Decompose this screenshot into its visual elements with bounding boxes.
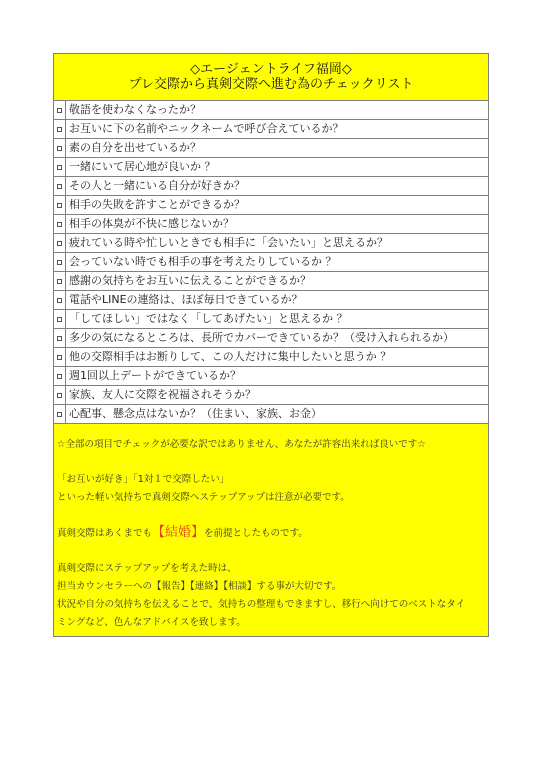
agency-title: ◇エージェントライフ福岡◇ <box>190 62 352 77</box>
checkbox[interactable] <box>54 215 66 233</box>
checklist-item: 敬語を使わなくなったか？ <box>54 101 488 120</box>
checklist-item: 他の交際相手はお断りして、この人だけに集中したいと思うか ？ <box>54 348 488 367</box>
checkbox[interactable] <box>54 405 66 423</box>
marriage-emphasis: 【結婚】 <box>152 525 204 540</box>
checklist-item-label: 疲れている時や忙しいときでも相手に「会いたい」と思えるか？ <box>66 234 388 252</box>
checklist-item-label: 電話やLINEの連絡は、ほぼ毎日できているか？ <box>66 291 303 309</box>
checklist-item-label: 相手の体臭が不快に感じないか？ <box>66 215 234 233</box>
checklist-item: 週1回以上デートができているか？ <box>54 367 488 386</box>
checkbox-square-icon <box>57 184 62 189</box>
checkbox[interactable] <box>54 158 66 176</box>
checkbox-square-icon <box>57 355 62 360</box>
checklist-item: 家族、友人に交際を祝福されそうか？ <box>54 386 488 405</box>
checkbox[interactable] <box>54 177 66 195</box>
checkbox[interactable] <box>54 196 66 214</box>
checkbox-square-icon <box>57 146 62 151</box>
checkbox[interactable] <box>54 310 66 328</box>
checkbox[interactable] <box>54 386 66 404</box>
checklist-item-label: 週1回以上デートができているか？ <box>66 367 241 385</box>
checkbox[interactable] <box>54 139 66 157</box>
checkbox-square-icon <box>57 317 62 322</box>
checklist-item-label: 感謝の気持ちをお互いに伝えることができるか？ <box>66 272 311 290</box>
checkbox[interactable] <box>54 291 66 309</box>
checkbox-square-icon <box>57 222 62 227</box>
checklist-item: 相手の失敗を許すことができるか？ <box>54 196 488 215</box>
checkbox-square-icon <box>57 374 62 379</box>
checklist: 敬語を使わなくなったか？お互いに下の名前やニックネームで呼び合えているか？素の自… <box>54 101 488 424</box>
note-advice-2: ミングなど、色んなアドバイスを致します。 <box>57 614 485 632</box>
checklist-item-label: 家族、友人に交際を祝福されそうか？ <box>66 386 256 404</box>
checklist-item: 素の自分を出せているか？ <box>54 139 488 158</box>
checklist-item-label: 心配事、懸念点はないか？（住まい、家族、お金） <box>66 405 322 423</box>
checkbox[interactable] <box>54 329 66 347</box>
checkbox[interactable] <box>54 348 66 366</box>
checkbox-square-icon <box>57 203 62 208</box>
checklist-item: 疲れている時や忙しいときでも相手に「会いたい」と思えるか？ <box>54 234 488 253</box>
page-title: プレ交際から真剣交際へ進む為のチェックリスト <box>129 77 414 92</box>
checkbox-square-icon <box>57 165 62 170</box>
checklist-item-label: 相手の失敗を許すことができるか？ <box>66 196 245 214</box>
checkbox[interactable] <box>54 272 66 290</box>
checklist-item-label: 「してほしい」ではなく「してあげたい」と思えるか ？ <box>66 310 348 328</box>
checkbox-square-icon <box>57 241 62 246</box>
checklist-item: 多少の気になるところは、長所でカバーできているか？（受け入れられるか） <box>54 329 488 348</box>
note-marriage-post: を前提としたものです。 <box>204 528 308 539</box>
checklist-item-label: 会っていない時でも相手の事を考えたりしているか ？ <box>66 253 337 271</box>
checklist-item: 「してほしい」ではなく「してあげたい」と思えるか ？ <box>54 310 488 329</box>
checklist-item-label: 他の交際相手はお断りして、この人だけに集中したいと思うか ？ <box>66 348 391 366</box>
checklist-sheet: ◇エージェントライフ福岡◇ プレ交際から真剣交際へ進む為のチェックリスト 敬語を… <box>53 53 489 637</box>
checklist-item: その人と一緒にいる自分が好きか？ <box>54 177 488 196</box>
checkbox[interactable] <box>54 253 66 271</box>
note-caution: といった軽い気持ちで真剣交際へステップアップは注意が必要です。 <box>57 489 485 507</box>
checklist-item-label: 素の自分を出せているか？ <box>66 139 201 157</box>
checklist-item: 電話やLINEの連絡は、ほぼ毎日できているか？ <box>54 291 488 310</box>
checkbox[interactable] <box>54 120 66 138</box>
note-disclaimer: ☆全部の項目でチェックが必要な訳ではありません、あなたが許容出来れば良いです☆ <box>57 436 485 454</box>
note-quote: 「お互いが好き」「1対１で交際したい」 <box>57 471 485 489</box>
checkbox-square-icon <box>57 336 62 341</box>
note-marriage-pre: 真剣交際はあくまでも <box>57 528 152 539</box>
checkbox-square-icon <box>57 127 62 132</box>
checkbox-square-icon <box>57 393 62 398</box>
checkbox[interactable] <box>54 234 66 252</box>
note-advice-1: 状況や自分の気持ちを伝えることで、気持ちの整理もできますし、移行へ向けてのベスト… <box>57 596 485 614</box>
checkbox[interactable] <box>54 367 66 385</box>
checklist-item-label: お互いに下の名前やニックネームで呼び合えているか？ <box>66 120 343 138</box>
checklist-item: 相手の体臭が不快に感じないか？ <box>54 215 488 234</box>
note-marriage: 真剣交際はあくまでも【結婚】を前提としたものです。 <box>57 524 485 543</box>
checklist-item: 一緒にいて居心地が良いか ？ <box>54 158 488 177</box>
checkbox-square-icon <box>57 260 62 265</box>
checkbox[interactable] <box>54 101 66 119</box>
checklist-item: 感謝の気持ちをお互いに伝えることができるか？ <box>54 272 488 291</box>
checklist-item-label: 一緒にいて居心地が良いか ？ <box>66 158 216 176</box>
document-header: ◇エージェントライフ福岡◇ プレ交際から真剣交際へ進む為のチェックリスト <box>54 54 488 101</box>
checklist-item-label: 多少の気になるところは、長所でカバーできているか？（受け入れられるか） <box>66 329 454 347</box>
checkbox-square-icon <box>57 298 62 303</box>
notes-section: ☆全部の項目でチェックが必要な訳ではありません、あなたが許容出来れば良いです☆ … <box>54 424 488 636</box>
note-counselor: 担当カウンセラーへの【報告】【連絡】【相談】する事が大切です。 <box>57 578 485 596</box>
checkbox-square-icon <box>57 412 62 417</box>
checklist-item: お互いに下の名前やニックネームで呼び合えているか？ <box>54 120 488 139</box>
checklist-item: 会っていない時でも相手の事を考えたりしているか ？ <box>54 253 488 272</box>
checkbox-square-icon <box>57 279 62 284</box>
note-stepup: 真剣交際にステップアップを考えた時は、 <box>57 560 485 578</box>
checklist-item-label: その人と一緒にいる自分が好きか？ <box>66 177 245 195</box>
checkbox-square-icon <box>57 108 62 113</box>
checklist-item: 心配事、懸念点はないか？（住まい、家族、お金） <box>54 405 488 424</box>
checklist-item-label: 敬語を使わなくなったか？ <box>66 101 201 119</box>
